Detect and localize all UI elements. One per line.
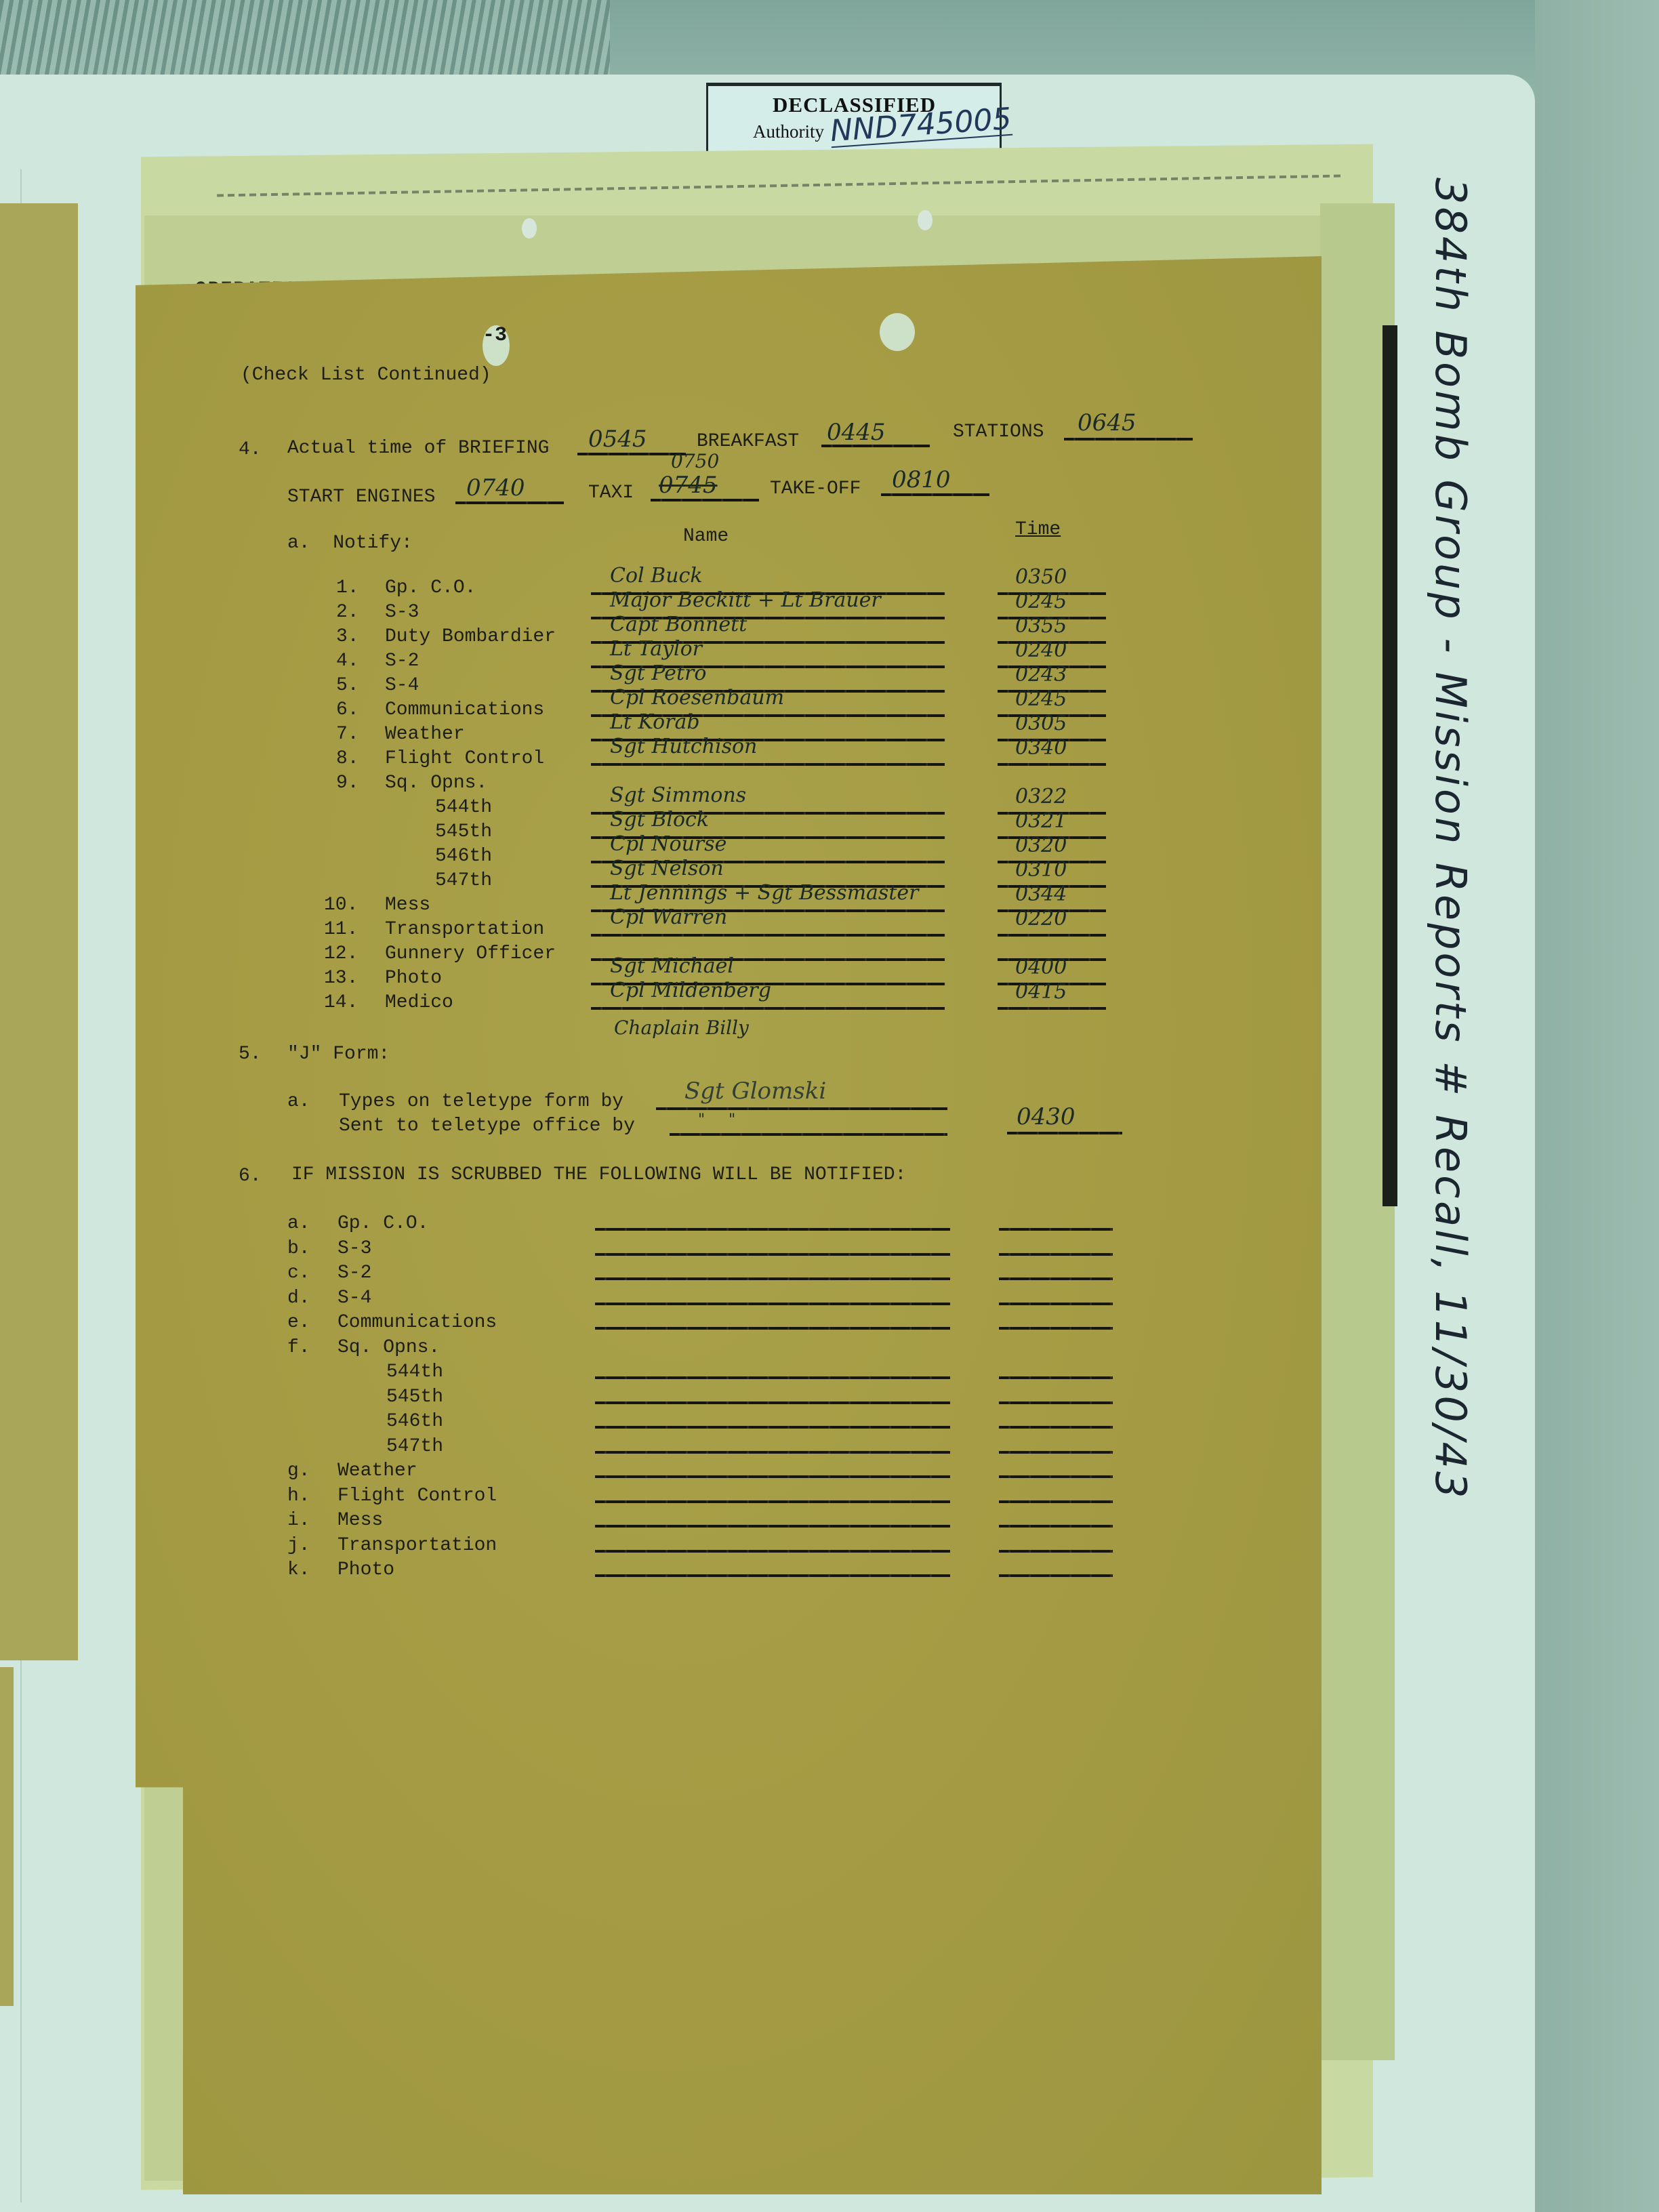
start-engines-time: 0740	[466, 474, 525, 501]
notify-item-label: Mess	[385, 895, 430, 916]
start-engines-label: START ENGINES	[287, 487, 435, 508]
stations-time: 0645	[1078, 409, 1136, 436]
notify-item-label: 544th	[435, 797, 492, 818]
taxi-corrected-time: 0750	[671, 450, 719, 472]
scrub-item-letter: c.	[287, 1263, 310, 1284]
section-5-number: 5.	[239, 1044, 262, 1065]
section-6-number: 6.	[239, 1166, 262, 1187]
fill-line	[999, 1327, 1113, 1330]
notify-item-label: 546th	[435, 846, 492, 867]
scrub-item-letter: i.	[287, 1510, 310, 1531]
notify-item-number: 9.	[336, 773, 359, 794]
scrub-item-label: Mess	[337, 1510, 383, 1531]
j-form-title: "J" Form:	[287, 1044, 390, 1065]
left-folder-sheets	[0, 203, 78, 1660]
scrub-item-label: 545th	[386, 1387, 443, 1408]
fill-line	[670, 1133, 947, 1136]
fill-line	[595, 1401, 950, 1404]
stamp-authority-label: Authority	[753, 121, 824, 142]
typed-by-name: Sgt Glomski	[684, 1078, 826, 1105]
taxi-original-time: 0745	[659, 472, 718, 499]
notify-item-number: 6.	[336, 699, 359, 720]
notify-item-name: Capt Bonnett	[610, 613, 747, 636]
notify-item-label: Transportation	[385, 919, 544, 940]
notify-item-name: Cpl Roesenbaum	[610, 686, 784, 710]
scrub-item-label: S-3	[337, 1238, 371, 1259]
j-form-time: 0430	[1017, 1103, 1076, 1130]
notify-item-time: 0322	[1015, 785, 1067, 808]
notify-item-number: 10.	[324, 895, 358, 916]
scrub-item-label: 547th	[386, 1436, 443, 1457]
notify-item-number: 3.	[336, 626, 359, 647]
notify-item-name: Sgt Hutchison	[610, 735, 757, 758]
scrub-item-letter: k.	[287, 1559, 310, 1580]
punch-hole	[918, 210, 933, 230]
notify-item-number: 4.	[336, 651, 359, 672]
desk-surface	[1535, 0, 1659, 2212]
notify-item-time: 0355	[1015, 614, 1067, 638]
notify-item-time: 0344	[1015, 882, 1067, 906]
notify-item-name: Major Beckitt + Lt Brauer	[610, 588, 881, 612]
scrub-item-label: 546th	[386, 1411, 443, 1432]
takeoff-label: TAKE-OFF	[770, 478, 861, 499]
notify-item-time: 0243	[1015, 663, 1067, 687]
time-column-header: Time	[1015, 519, 1061, 540]
fill-line	[1064, 438, 1193, 441]
notify-item-time: 0245	[1015, 687, 1067, 711]
briefing-time: 0545	[588, 426, 647, 453]
fill-line	[591, 934, 945, 937]
notify-item-label: Duty Bombardier	[385, 626, 556, 647]
fill-line	[999, 1303, 1113, 1305]
punch-hole	[880, 313, 915, 351]
taxi-label: TAXI	[588, 483, 634, 504]
notify-item-time: 0321	[1015, 809, 1067, 833]
fill-line	[999, 1451, 1113, 1454]
scrub-item-label: 544th	[386, 1361, 443, 1382]
fill-line	[998, 1007, 1106, 1010]
notify-item-time: 0310	[1015, 858, 1067, 882]
breakfast-time: 0445	[827, 419, 886, 446]
fill-line	[595, 1574, 950, 1577]
notify-item-time: 0320	[1015, 834, 1067, 857]
fill-line	[595, 1376, 950, 1379]
breakfast-label: BREAKFAST	[697, 431, 799, 452]
notify-item-number: 2.	[336, 602, 359, 623]
scrub-item-label: S-4	[337, 1288, 371, 1309]
notify-item-label: Sq. Opns.	[385, 773, 487, 794]
notify-item-name: Sgt Petro	[610, 661, 706, 685]
fill-line	[651, 499, 759, 501]
fill-line	[881, 493, 989, 496]
folder-label-text: 384th Bomb Group - Mission Reports # Rec…	[1426, 178, 1475, 1501]
fill-line	[591, 763, 945, 766]
fill-line	[999, 1228, 1113, 1231]
briefing-label: Actual time of BRIEFING	[287, 438, 549, 459]
dark-divider	[1382, 325, 1397, 1206]
fill-line	[999, 1500, 1113, 1503]
notify-item-name: Lt Taylor	[610, 637, 702, 661]
notify-item-label: Weather	[385, 724, 465, 745]
notify-item-time: 0240	[1015, 638, 1067, 662]
scrub-item-letter: h.	[287, 1486, 310, 1507]
notify-item-name: Cpl Nourse	[610, 832, 726, 856]
notify-item-time: 0245	[1015, 590, 1067, 613]
fill-line	[595, 1253, 950, 1256]
page-number: -3	[483, 324, 507, 347]
section-4-number: 4.	[239, 439, 262, 460]
scrub-item-letter: g.	[287, 1460, 310, 1481]
scrub-item-label: Flight Control	[337, 1486, 497, 1507]
notify-item-label: Flight Control	[385, 748, 544, 769]
notify-item-name: Sgt Michael	[610, 954, 734, 978]
notify-item-name: Sgt Simmons	[610, 783, 746, 807]
fill-line	[595, 1525, 950, 1528]
notify-label: a. Notify:	[287, 533, 413, 554]
notify-item-name: Cpl Warren	[610, 905, 727, 929]
fill-line	[595, 1327, 950, 1330]
typed-by-label: Types on teletype form by	[339, 1091, 623, 1112]
scrub-item-label: Sq. Opns.	[337, 1337, 440, 1358]
scrub-item-label: Photo	[337, 1559, 394, 1580]
scrub-item-label: Communications	[337, 1312, 497, 1333]
notify-item-name: Sgt Block	[610, 808, 709, 832]
fill-line	[999, 1525, 1113, 1528]
notify-item-label: S-2	[385, 651, 419, 672]
name-column-header: Name	[683, 526, 729, 547]
fill-line	[591, 1007, 945, 1010]
stations-label: STATIONS	[953, 422, 1044, 443]
scrub-item-letter: j.	[287, 1535, 310, 1556]
notify-item-number: 5.	[336, 675, 359, 696]
notify-item-name: Col Buck	[610, 564, 703, 588]
notify-item-name: Cpl Mildenberg	[610, 979, 771, 1002]
fill-line	[999, 1277, 1113, 1280]
takeoff-time: 0810	[892, 466, 951, 493]
fill-line	[656, 1107, 947, 1110]
fill-line	[577, 453, 686, 455]
fill-line	[595, 1228, 950, 1231]
scrub-item-label: Gp. C.O.	[337, 1213, 428, 1234]
page-heading: (Check List Continued)	[241, 365, 491, 386]
notify-item-time: 0350	[1015, 565, 1067, 589]
punch-hole	[522, 218, 537, 239]
notify-item-number: 13.	[324, 968, 358, 989]
left-folder-sheets-lower	[0, 1667, 14, 2006]
fill-line	[999, 1253, 1113, 1256]
folder-label: 384th Bomb Group - Mission Reports # Rec…	[1427, 178, 1488, 1357]
scrub-item-letter: f.	[287, 1337, 310, 1358]
fill-line	[595, 1303, 950, 1305]
notify-item-number: 7.	[336, 724, 359, 745]
notify-item-label: Medico	[385, 992, 453, 1013]
fill-line	[595, 1451, 950, 1454]
fill-line	[998, 934, 1106, 937]
notify-item-number: 14.	[324, 992, 358, 1013]
fill-line	[595, 1277, 950, 1280]
notify-item-time: 0400	[1015, 956, 1067, 979]
notify-item-label: S-4	[385, 675, 419, 696]
fill-line	[999, 1475, 1113, 1478]
j-form-a: a.	[287, 1091, 310, 1112]
notify-item-label: 547th	[435, 870, 492, 891]
notify-item-label: S-3	[385, 602, 419, 623]
notify-item-name: Lt Korab	[610, 710, 700, 734]
scrub-item-letter: d.	[287, 1288, 310, 1309]
notify-item-number: 12.	[324, 943, 358, 964]
notify-item-number: 11.	[324, 919, 358, 940]
notify-item-label: Communications	[385, 699, 544, 720]
fill-line	[595, 1550, 950, 1553]
scrub-item-letter: b.	[287, 1238, 310, 1259]
notify-item-name: Lt Jennings + Sgt Bessmaster	[610, 881, 918, 905]
fill-line	[455, 501, 564, 504]
fill-line	[999, 1426, 1113, 1429]
notify-item-time: 0305	[1015, 712, 1067, 735]
fill-line	[821, 445, 930, 447]
fill-line	[1007, 1132, 1122, 1134]
notify-item-time: 0340	[1015, 736, 1067, 760]
sent-by-label: Sent to teletype office by	[339, 1115, 635, 1136]
fill-line	[999, 1376, 1113, 1379]
notify-item-number: 1.	[336, 577, 359, 598]
fill-line	[999, 1550, 1113, 1553]
notify-item-number: 8.	[336, 748, 359, 769]
scrub-item-letter: a.	[287, 1213, 310, 1234]
notify-item-name: Sgt Nelson	[610, 857, 724, 880]
notify-item-label: 545th	[435, 821, 492, 842]
scrub-title: IF MISSION IS SCRUBBED THE FOLLOWING WIL…	[291, 1164, 906, 1185]
fill-line	[595, 1475, 950, 1478]
fill-line	[999, 1401, 1113, 1404]
notify-item-label: Gunnery Officer	[385, 943, 556, 964]
notify-item-label: Gp. C.O.	[385, 577, 476, 598]
fill-line	[595, 1500, 950, 1503]
scrub-item-label: Weather	[337, 1460, 417, 1481]
fill-line	[998, 763, 1106, 766]
sent-by-name: " "	[698, 1111, 735, 1128]
fill-line	[595, 1426, 950, 1429]
notify-item-label: Photo	[385, 968, 442, 989]
notify-item-time: 0220	[1015, 907, 1067, 930]
scrub-item-label: S-2	[337, 1263, 371, 1284]
chaplain-note: Chaplain Billy	[614, 1017, 749, 1039]
scrub-item-letter: e.	[287, 1312, 310, 1333]
notify-item-time: 0415	[1015, 980, 1067, 1004]
scrub-item-label: Transportation	[337, 1535, 497, 1556]
fill-line	[999, 1574, 1113, 1577]
